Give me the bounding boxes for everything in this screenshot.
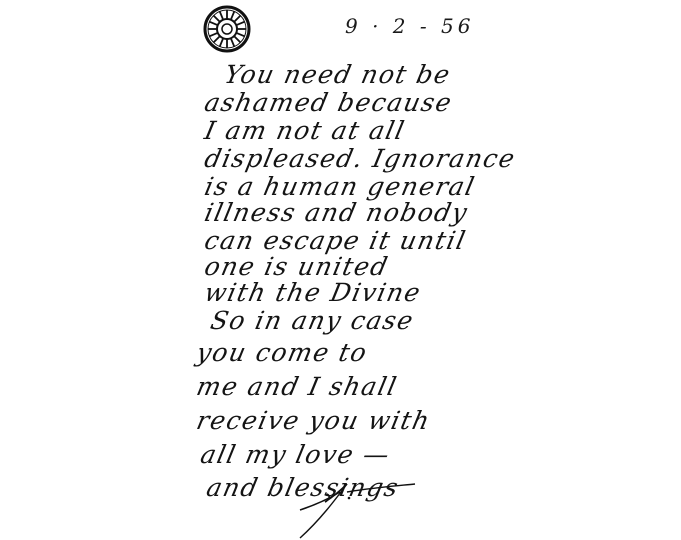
letter-line: me and I shall [194, 372, 400, 401]
letter-line: you come to [194, 338, 370, 367]
handwritten-letter: 9 · 2 - 56 You need not be ashamed becau… [0, 0, 681, 540]
letter-line: I am not at all [202, 116, 408, 145]
letter-line: receive you with [194, 406, 433, 435]
letter-line: illness and nobody [202, 198, 471, 227]
signature-mark-icon [285, 470, 425, 540]
letter-line: ashamed because [202, 88, 455, 117]
letter-line: You need not be [222, 60, 454, 89]
letter-date: 9 · 2 - 56 [345, 14, 474, 38]
letter-line: all my love — [198, 440, 393, 469]
letter-line: displeased. Ignorance [202, 144, 519, 173]
letter-line: is a human general [202, 172, 478, 201]
wheel-emblem-icon [202, 4, 252, 54]
letter-line: So in any case [208, 306, 417, 335]
letter-line: with the Divine [202, 278, 424, 307]
letter-line: can escape it until [202, 226, 469, 255]
letter-line: one is united [202, 252, 391, 281]
